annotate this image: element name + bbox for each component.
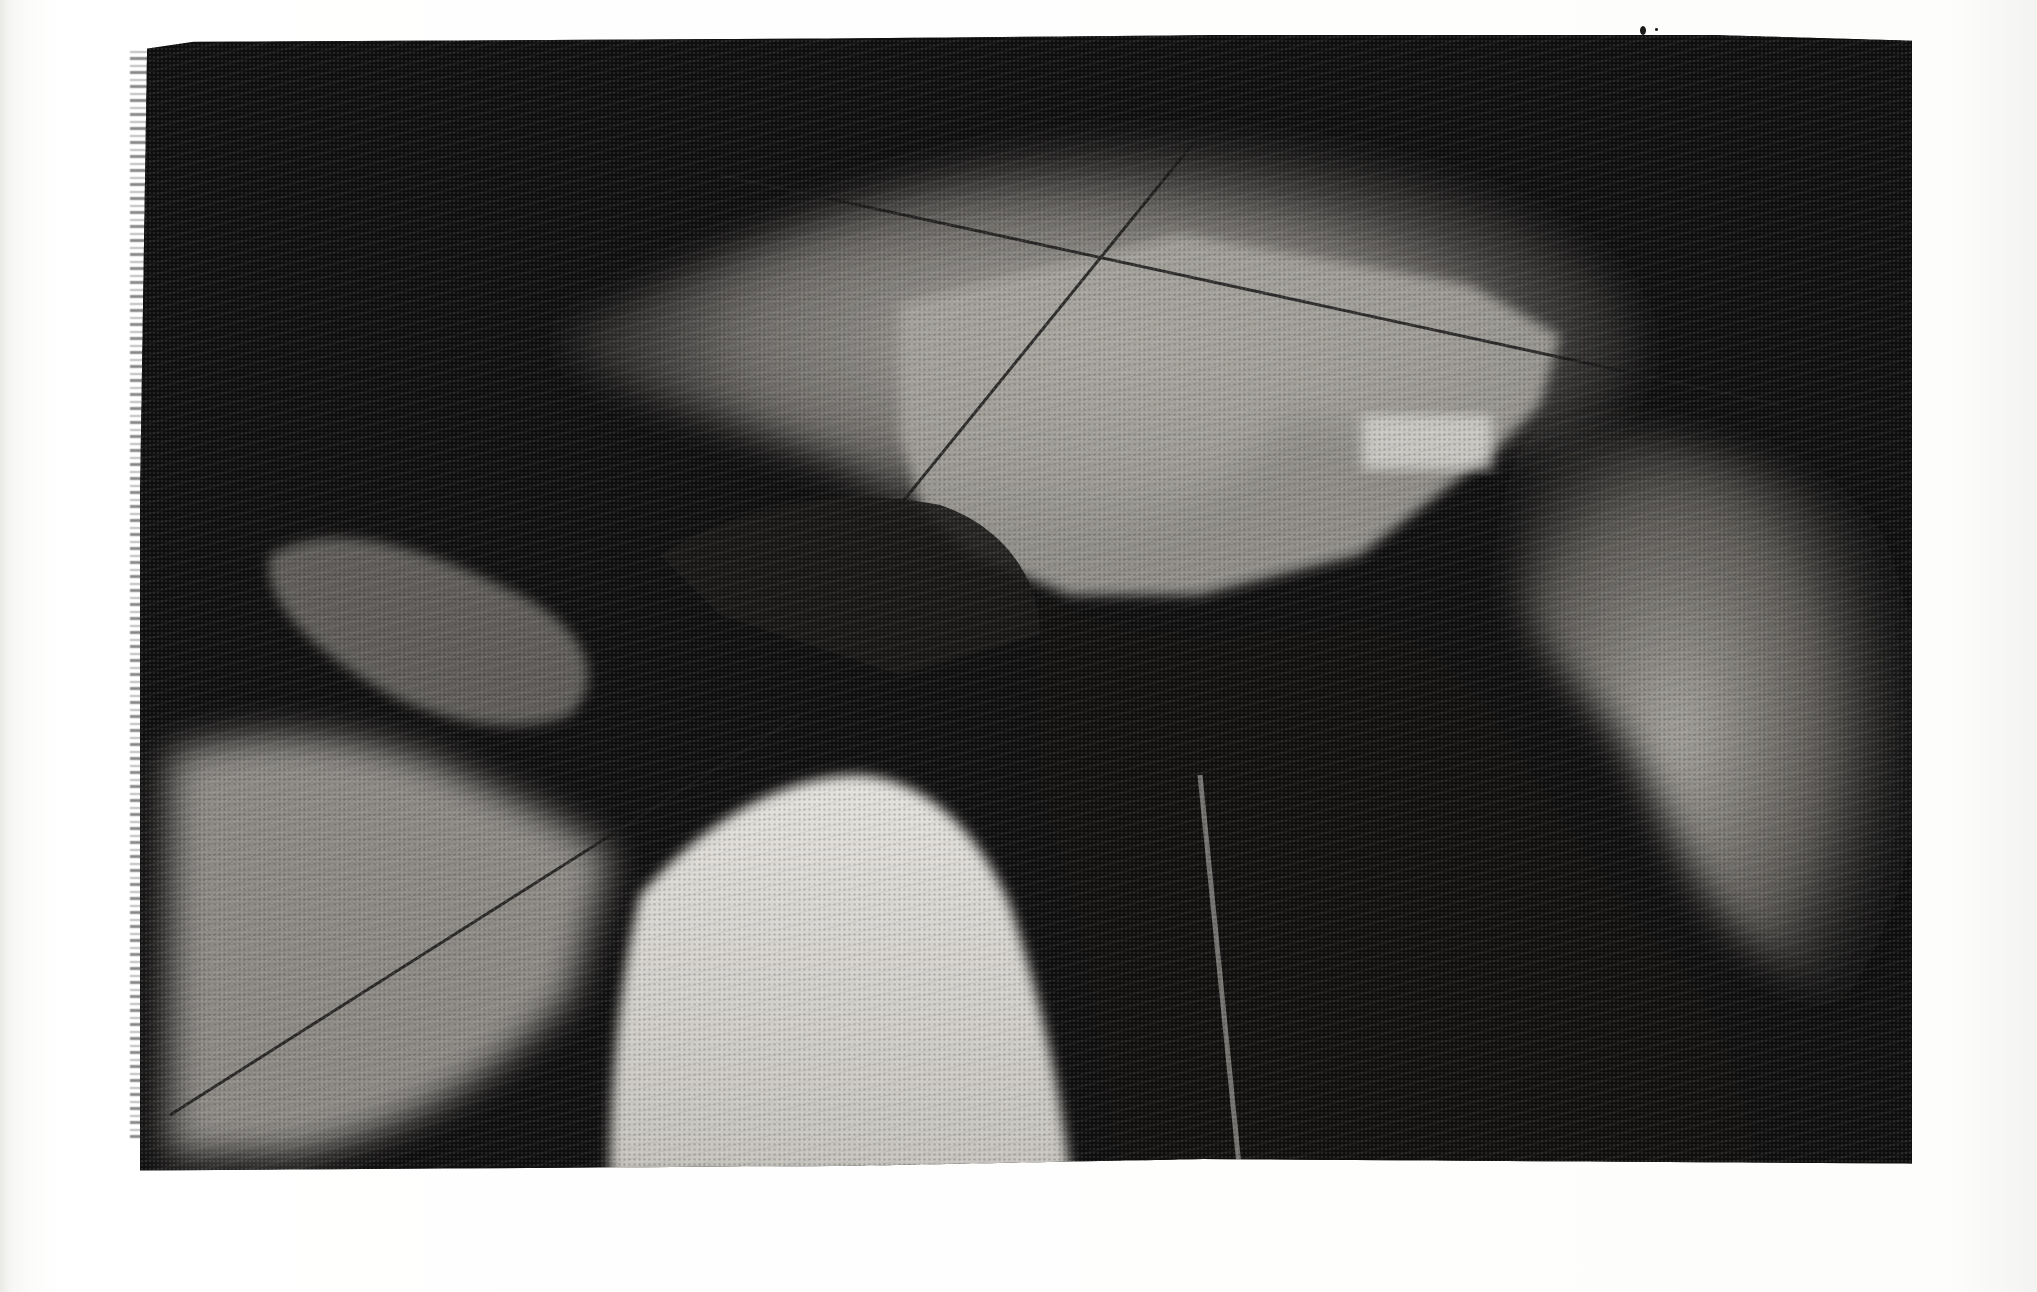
dust-speck — [1655, 28, 1658, 31]
photograph — [140, 35, 1912, 1175]
paper-page — [0, 0, 2037, 1292]
dust-speck — [1640, 26, 1646, 35]
photo-scene — [140, 35, 1912, 1175]
